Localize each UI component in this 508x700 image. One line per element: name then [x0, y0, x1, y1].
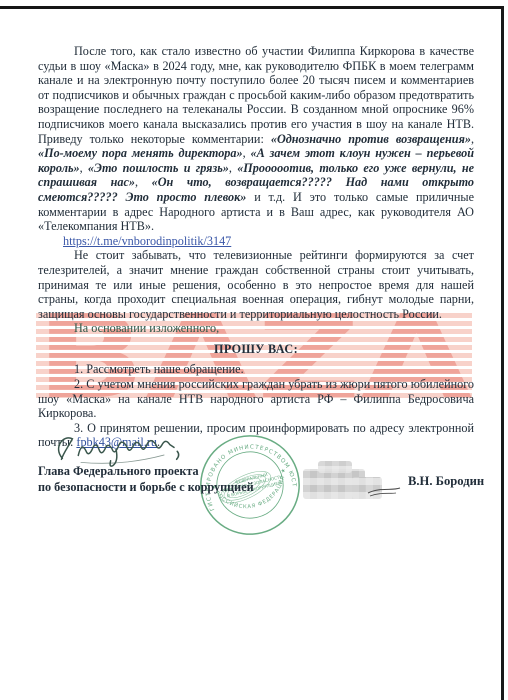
pen-stroke [366, 483, 402, 499]
basis-line: На основании изложенного, [38, 321, 474, 336]
signer-title: Глава Федерального проекта по безопаснос… [38, 464, 254, 495]
scan-edge-right [501, 6, 504, 700]
signer-title-line1: Глава Федерального проекта [38, 464, 254, 480]
intro-text: После того, как стало известно об участи… [38, 44, 474, 146]
quote-1: «Однозначно против возвращения» [271, 132, 471, 146]
document-page: BAZA После того, как стало известно об у… [0, 0, 508, 700]
signer-name: В.Н. Бородин [408, 474, 484, 489]
request-item-1: 1. Рассмотреть наше обращение. [38, 362, 474, 377]
request-item-2: 2. С учетом мнения российских граждан уб… [38, 377, 474, 421]
paragraph-intro: После того, как стало известно об участи… [38, 44, 474, 234]
signer-title-line2: по безопасности и борьбе с коррупцией [38, 480, 254, 496]
quote-2: «По-моему пора менять директора» [38, 146, 243, 160]
request-heading: ПРОШУ ВАС: [38, 342, 474, 357]
paragraph-ratings: Не стоит забывать, что телевизионные рей… [38, 248, 474, 321]
quote-4: «Это пошлость и грязь» [88, 161, 229, 175]
letter-body: После того, как стало известно об участи… [38, 44, 474, 450]
telegram-link-line: https://t.me/vnborodinpolitik/3147 [38, 234, 474, 249]
redacted-signature-block-top [318, 461, 352, 473]
scan-edge-top [0, 6, 504, 9]
telegram-link[interactable]: https://t.me/vnborodinpolitik/3147 [63, 234, 231, 248]
